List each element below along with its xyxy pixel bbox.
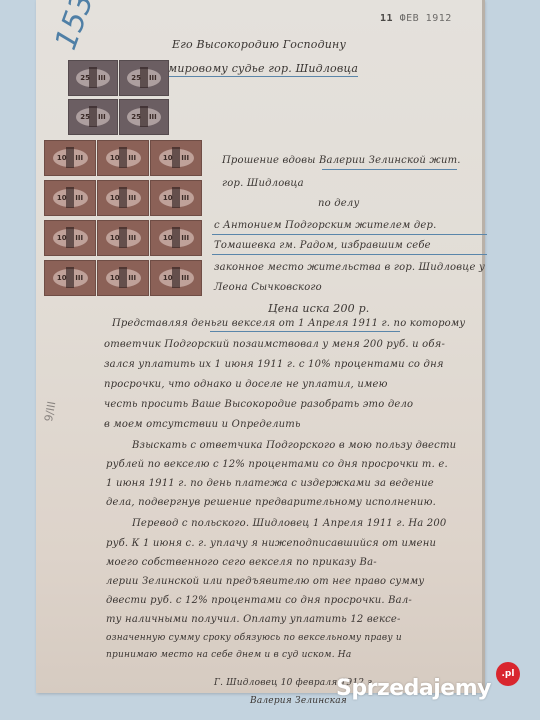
- stamp-year: 1912: [426, 13, 452, 24]
- revenue-stamp: 25III: [119, 60, 169, 96]
- heading-line: с Антонием Подгорским жителем дер.: [214, 220, 437, 231]
- body-line: ответчик Подгорский позаимствовал у меня…: [104, 339, 445, 350]
- body-line: означенную сумму сроку обязуюсь по вексе…: [106, 633, 402, 643]
- body-line: дела, подвергнув решение предварительном…: [106, 497, 436, 508]
- blue-underline: [212, 234, 487, 235]
- address-line-1: Его Высокородию Господину: [172, 38, 346, 51]
- heading-line: Леона Сычковского: [214, 282, 322, 293]
- watermark-logo: Sprzedajemy: [336, 676, 491, 701]
- revenue-stamps-gray: 25III 25III 25III 25III: [68, 60, 167, 135]
- body-line: двести руб. с 12% процентами со дня прос…: [106, 595, 412, 606]
- body-line: Представляя деньги векселя от 1 Апреля 1…: [112, 318, 465, 329]
- body-line: моего собственного сего векселя по прика…: [106, 557, 377, 568]
- body-line: руб. К 1 июня с. г. уплачу я нижеподписа…: [106, 538, 436, 549]
- revenue-stamp: 25III: [68, 99, 118, 135]
- revenue-stamp: 25III: [68, 60, 118, 96]
- blue-underline: [322, 169, 457, 170]
- stamp-month: ФЕВ: [400, 13, 420, 24]
- blue-underline: [168, 76, 358, 77]
- body-line: Перевод с польского. Шидловец 1 Апреля 1…: [132, 518, 447, 529]
- received-date-stamp: 11 ФЕВ 1912: [380, 13, 452, 24]
- signature: Валерия Зелинская: [250, 696, 347, 706]
- revenue-stamps-brown: 10III 10III 10III 10III 10III 10III 10II…: [44, 140, 200, 296]
- heading-line: гор. Шидловца: [222, 178, 304, 189]
- revenue-stamp: 10III: [150, 260, 202, 296]
- revenue-stamp: 10III: [97, 140, 149, 176]
- revenue-stamp: 10III: [97, 180, 149, 216]
- revenue-stamp: 10III: [97, 220, 149, 256]
- claim-value: Цена иска 200 р.: [268, 302, 370, 315]
- revenue-stamp: 25III: [119, 99, 169, 135]
- revenue-stamp: 10III: [44, 260, 96, 296]
- blue-underline: [212, 254, 487, 255]
- address-line-2: мировому судье гор. Шидловца: [168, 62, 358, 75]
- heading-line: по делу: [318, 198, 359, 209]
- paper-edge: [482, 0, 485, 690]
- body-line: 1 июня 1911 г. по день платежа с издержк…: [106, 478, 434, 489]
- heading-line: законное место жительства в гор. Шидловц…: [214, 262, 485, 273]
- body-line: Взыскать с ответчика Подгорского в мою п…: [132, 440, 456, 451]
- heading-line: Прошение вдовы Валерии Зелинской жит.: [222, 155, 461, 166]
- body-line: рублей по векселю с 12% процентами со дн…: [106, 459, 448, 470]
- revenue-stamp: 10III: [44, 180, 96, 216]
- revenue-stamp: 10III: [44, 220, 96, 256]
- body-line: лерии Зелинской или предъявителю от нее …: [106, 576, 424, 587]
- revenue-stamp: 10III: [150, 140, 202, 176]
- revenue-stamp: 10III: [150, 180, 202, 216]
- blue-underline: [210, 331, 400, 332]
- body-line: просрочки, что однако и доселе не уплати…: [104, 379, 388, 390]
- body-line: ту наличными получил. Оплату уплатить 12…: [106, 614, 401, 625]
- watermark-badge: .pl: [496, 662, 520, 686]
- body-line: зался уплатить их 1 июня 1911 г. с 10% п…: [104, 359, 444, 370]
- stamp-day: 11: [380, 13, 393, 24]
- body-line: принимаю место на себе днем и в суд иско…: [106, 650, 351, 660]
- revenue-stamp: 10III: [150, 220, 202, 256]
- body-line: в моем отсутствии и Определить: [104, 419, 301, 430]
- heading-line: Томашевка гм. Радом, избравшим себе: [214, 240, 431, 251]
- revenue-stamp: 10III: [44, 140, 96, 176]
- revenue-stamp: 10III: [97, 260, 149, 296]
- body-line: честь просить Ваше Высокородие разобрать…: [104, 399, 413, 410]
